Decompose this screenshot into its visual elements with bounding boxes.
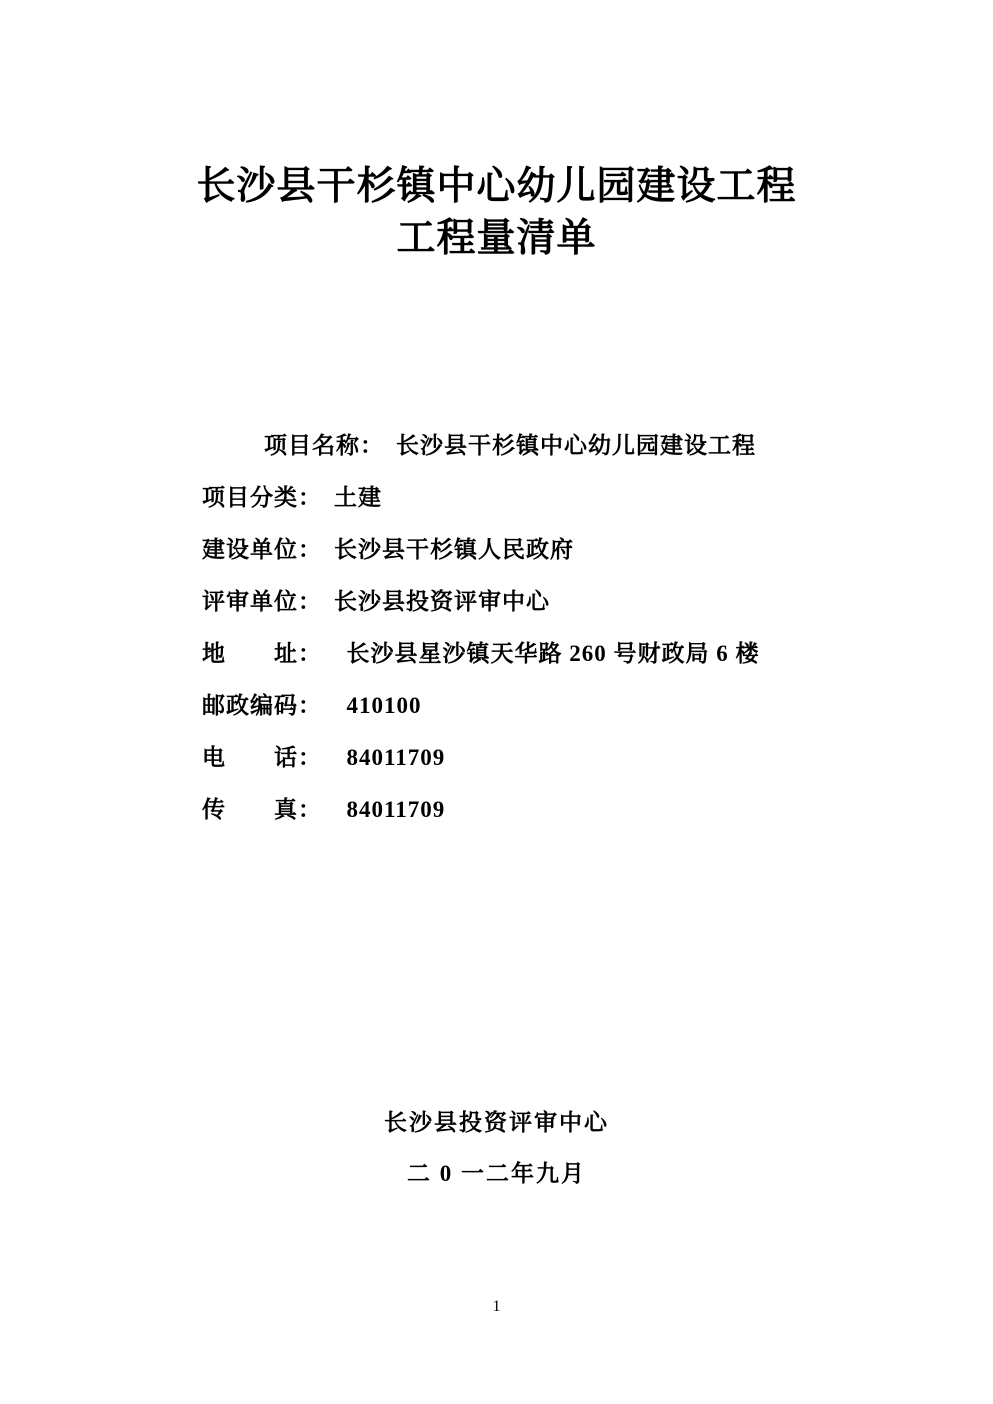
info-row-address: 地 址： 长沙县星沙镇天华路 260 号财政局 6 楼 — [202, 642, 760, 666]
page-number: 1 — [0, 1298, 993, 1316]
title-line-2: 工程量清单 — [0, 213, 993, 265]
construction-unit-value: 长沙县干杉镇人民政府 — [334, 537, 574, 562]
info-row-project-name: 项目名称：长沙县干杉镇中心幼儿园建设工程 — [202, 434, 760, 458]
fax-label: 传 真： — [202, 797, 311, 822]
title-line-1: 长沙县干杉镇中心幼儿园建设工程 — [0, 161, 993, 213]
document-page: 长沙县干杉镇中心幼儿园建设工程 工程量清单 项目名称：长沙县干杉镇中心幼儿园建设… — [0, 0, 993, 1404]
telephone-value: 84011709 — [323, 745, 446, 770]
project-category-value: 土建 — [334, 485, 382, 510]
construction-unit-label: 建设单位： — [202, 537, 322, 562]
postal-code-value: 410100 — [323, 693, 422, 718]
address-label: 地 址： — [202, 641, 311, 666]
telephone-label: 电 话： — [202, 745, 311, 770]
fax-value: 84011709 — [323, 797, 446, 822]
document-title: 长沙县干杉镇中心幼儿园建设工程 工程量清单 — [0, 161, 993, 265]
footer-organization: 长沙县投资评审中心 — [0, 1104, 993, 1137]
info-row-fax: 传 真： 84011709 — [202, 798, 760, 822]
info-row-construction-unit: 建设单位：长沙县干杉镇人民政府 — [202, 538, 760, 562]
info-row-telephone: 电 话： 84011709 — [202, 746, 760, 770]
info-row-project-category: 项目分类：土建 — [202, 486, 760, 510]
postal-code-label: 邮政编码： — [202, 693, 311, 718]
address-value: 长沙县星沙镇天华路 260 号财政局 6 楼 — [323, 641, 760, 666]
review-unit-label: 评审单位： — [202, 589, 322, 614]
review-unit-value: 长沙县投资评审中心 — [334, 589, 550, 614]
footer-date: 二 0 一二年九月 — [0, 1155, 993, 1188]
info-row-review-unit: 评审单位：长沙县投资评审中心 — [202, 590, 760, 614]
project-category-label: 项目分类： — [202, 485, 322, 510]
project-name-value: 长沙县干杉镇中心幼儿园建设工程 — [396, 433, 756, 458]
info-row-postal-code: 邮政编码： 410100 — [202, 694, 760, 718]
project-info-block: 项目名称：长沙县干杉镇中心幼儿园建设工程 项目分类：土建 建设单位：长沙县干杉镇… — [202, 434, 760, 850]
project-name-label: 项目名称： — [264, 433, 384, 458]
